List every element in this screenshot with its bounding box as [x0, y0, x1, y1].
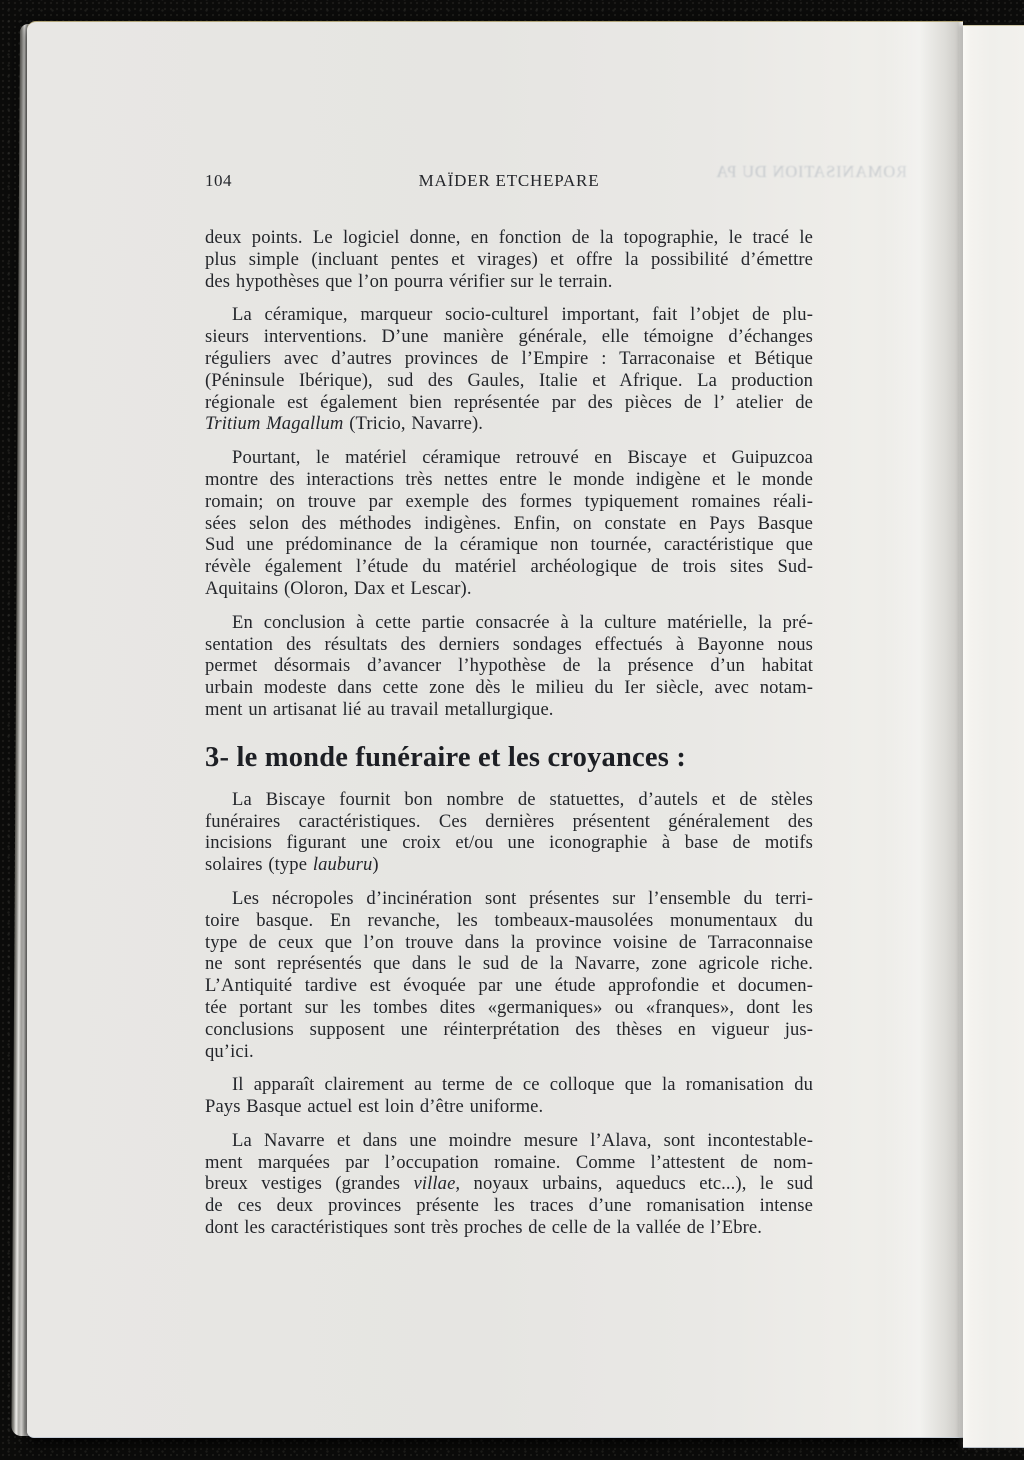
text-line: deux points. Le logiciel donne, en fonct… [205, 227, 813, 249]
text-line: breux vestiges (grandes villae, noyaux u… [205, 1173, 813, 1195]
text-line: montre des interactions très nettes entr… [205, 469, 813, 491]
text-line: ment un artisanat lié au travail metallu… [205, 699, 813, 721]
text-line: dont les caractéristiques sont très proc… [205, 1217, 813, 1239]
text-line: Aquitains (Oloron, Dax et Lescar). [205, 578, 813, 600]
paragraph: En conclusion à cette partie consacrée à… [205, 612, 813, 721]
facing-page-edge [963, 25, 1024, 1448]
text-line: romain; on trouve par exemple des formes… [205, 491, 813, 513]
text-line: solaires (type lauburu) [205, 854, 813, 876]
text-flow: deux points. Le logiciel donne, en fonct… [205, 227, 813, 1239]
text-line: révèle également l’étude du matériel arc… [205, 556, 813, 578]
text-line: Il apparaît clairement au terme de ce co… [205, 1074, 813, 1096]
text-line: En conclusion à cette partie consacrée à… [205, 612, 813, 634]
text-line: de ces deux provinces présente les trace… [205, 1195, 813, 1217]
section-heading: 3- le monde funéraire et les croyances : [205, 741, 813, 775]
text-line: régionale est également bien représentée… [205, 392, 813, 414]
paragraph: Les nécropoles d’incinération sont prése… [205, 888, 813, 1062]
text-line: permet désormais d’avancer l’hypothèse d… [205, 655, 813, 677]
text-line: La Biscaye fournit bon nombre de statuet… [205, 789, 813, 811]
text-line: ne sont représentés que dans le sud de l… [205, 953, 813, 975]
paragraph: La Biscaye fournit bon nombre de statuet… [205, 789, 813, 876]
paragraph: deux points. Le logiciel donne, en fonct… [205, 227, 813, 292]
text-line: Pourtant, le matériel céramique retrouvé… [205, 447, 813, 469]
scan-background: { "colors": { "background": "#0b0b0a", "… [0, 0, 1024, 1460]
text-line: Tritium Magallum (Tricio, Navarre). [205, 413, 813, 435]
text-line: sieurs interventions. D’une manière géné… [205, 326, 813, 348]
text-line: (Péninsule Ibérique), sud des Gaules, It… [205, 370, 813, 392]
text-line: réguliers avec d’autres provinces de l’E… [205, 348, 813, 370]
page-header: 104 MAÏDER ETCHEPARE [205, 170, 813, 191]
text-line: sentation des résultats des derniers son… [205, 634, 813, 656]
paragraph: La Navarre et dans une moindre mesure l’… [205, 1130, 813, 1239]
page-content: 104 MAÏDER ETCHEPARE deux points. Le log… [205, 170, 813, 1251]
text-line: Sud une prédominance de la céramique non… [205, 534, 813, 556]
text-line: des hypothèses que l’on pourra vérifier … [205, 271, 813, 293]
text-line: Les nécropoles d’incinération sont prése… [205, 888, 813, 910]
text-line: tée portant sur les tombes dites «german… [205, 997, 813, 1019]
book-page: ROMANISATION DU PA 104 MAÏDER ETCHEPARE … [27, 21, 963, 1438]
text-line: Pays Basque actuel est loin d’être unifo… [205, 1096, 813, 1118]
text-line: conclusions supposent une réinterprétati… [205, 1019, 813, 1041]
text-line: La Navarre et dans une moindre mesure l’… [205, 1130, 813, 1152]
text-line: L’Antiquité tardive est évoquée par une … [205, 975, 813, 997]
running-title: MAÏDER ETCHEPARE [205, 170, 813, 191]
text-line: type de ceux que l’on trouve dans la pro… [205, 932, 813, 954]
text-line: ment marquées par l’occupation romaine. … [205, 1152, 813, 1174]
text-line: qu’ici. [205, 1041, 813, 1063]
text-line: urbain modeste dans cette zone dès le mi… [205, 677, 813, 699]
text-line: sées selon des méthodes indigènes. Enfin… [205, 513, 813, 535]
text-line: funéraires caractéristiques. Ces dernièr… [205, 811, 813, 833]
text-line: plus simple (incluant pentes et virages)… [205, 249, 813, 271]
paragraph: Il apparaît clairement au terme de ce co… [205, 1074, 813, 1118]
text-line: toire basque. En revanche, les tombeaux-… [205, 910, 813, 932]
paragraph: La céramique, marqueur socio-culturel im… [205, 304, 813, 435]
text-line: incisions figurant une croix et/ou une i… [205, 832, 813, 854]
paragraph: Pourtant, le matériel céramique retrouvé… [205, 447, 813, 600]
text-line: La céramique, marqueur socio-culturel im… [205, 304, 813, 326]
